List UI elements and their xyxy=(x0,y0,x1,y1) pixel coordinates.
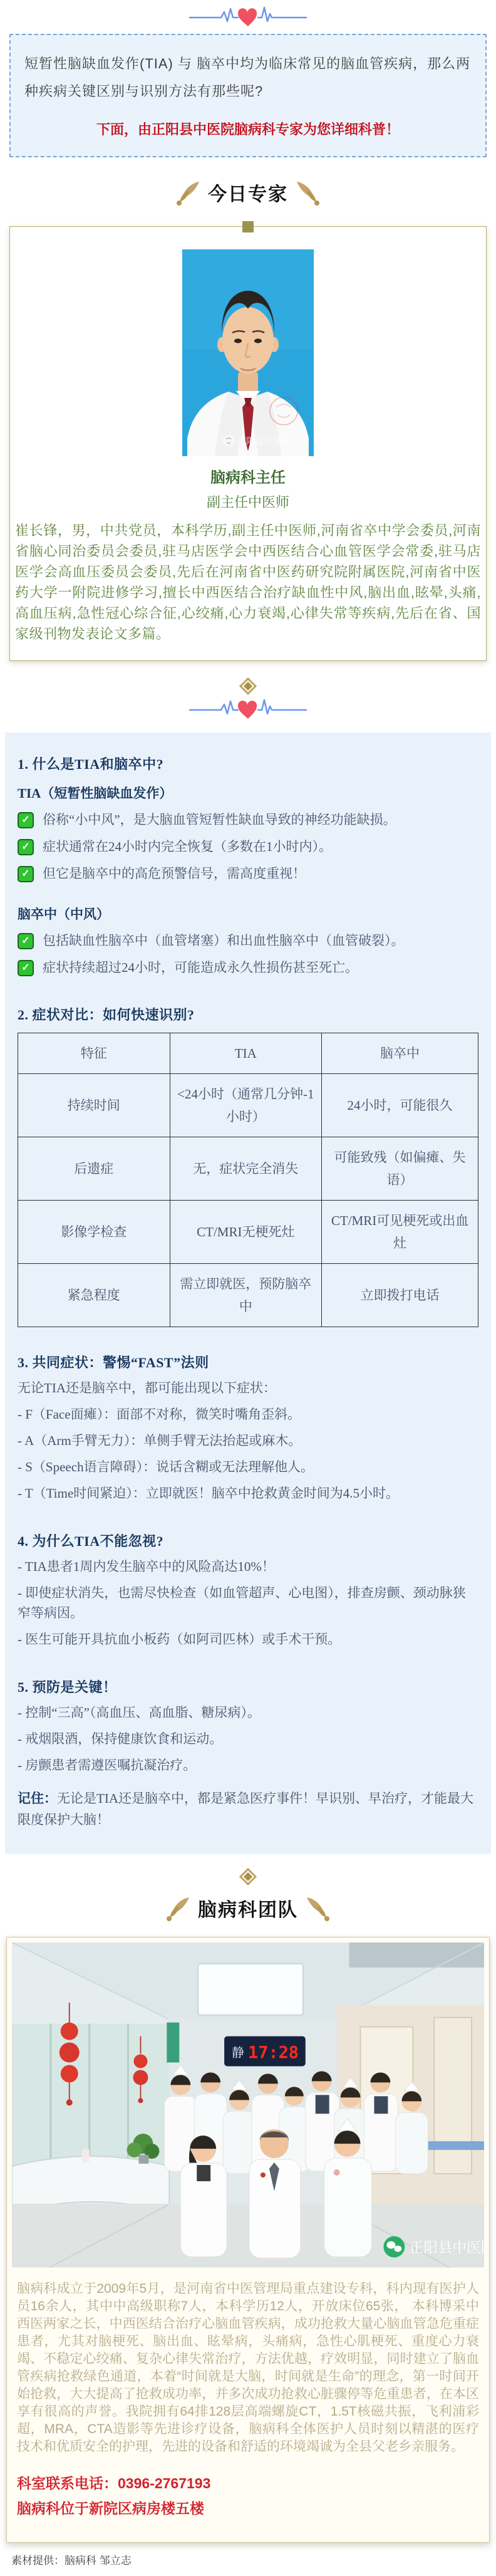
table-cell: 可能致残（如偏瘫、失语） xyxy=(322,1137,478,1201)
q4-item: - 医生可能开具抗血小板药（如阿司匹林）或手术干预。 xyxy=(18,1629,478,1649)
q3-intro: 无论TIA还是脑卒中，都可能出现以下症状： xyxy=(18,1378,478,1398)
table-row: 持续时间 <24小时（通常几分钟-1小时） 24小时，可能很久 xyxy=(18,1074,478,1137)
diamond-ornament xyxy=(0,680,496,692)
check-icon xyxy=(18,866,34,882)
fast-item: - F（Face面瘫）：面部不对称，微笑时嘴角歪斜。 xyxy=(18,1404,478,1424)
team-card: 静 17:28 xyxy=(6,1937,490,2543)
table-cell: 持续时间 xyxy=(18,1074,170,1137)
check-icon xyxy=(18,933,34,949)
table-cell: 影像学检查 xyxy=(18,1201,170,1264)
footer-credit: 素材提供：脑病科 邹立志 xyxy=(11,2552,496,2576)
q5-item: - 房颤患者需遵医嘱抗凝治疗。 xyxy=(18,1755,478,1775)
table-row: 后遗症 无，症状完全消失 可能致残（如偏瘫、失语） xyxy=(18,1137,478,1201)
q4-item: - TIA患者1周内发生脑卒中的风险高达10%！ xyxy=(18,1557,478,1577)
q5-heading: 5. 预防是关键！ xyxy=(18,1677,478,1696)
expert-photo-watermark: 正阳县中医院 xyxy=(237,436,290,446)
expert-card: 正阳县中医院 脑病科主任 副主任中医师 崔长锋，男，中共党员，本科学历,副主任中… xyxy=(9,226,487,661)
q1-stroke-subhead: 脑卒中（中风） xyxy=(18,904,478,923)
q2-heading: 2. 症状对比：如何快速识别? xyxy=(18,1004,478,1024)
diamond-ornament-2 xyxy=(0,1870,496,1883)
q1-heading: 1. 什么是TIA和脑卒中? xyxy=(18,754,478,773)
check-icon xyxy=(18,812,34,828)
table-header-cell: 脑卒中 xyxy=(322,1033,478,1074)
article-page: 短暂性脑缺血发作(TIA) 与 脑卒中均为临床常见的脑血管疾病，那么两种疾病关键… xyxy=(0,0,496,2576)
table-row: 影像学检查 CT/MRI无梗死灶 CT/MRI可见梗死或出血灶 xyxy=(18,1201,478,1264)
tia-point: 症状通常在24小时内完全恢复（多数在1小时内）。 xyxy=(43,837,332,856)
q3-heading: 3. 共同症状：警惕“FAST”法则 xyxy=(18,1352,478,1372)
list-item: 症状持续超过24小时，可能造成永久性损伤甚至死亡。 xyxy=(18,958,478,977)
fast-item: - A（Arm手臂无力）：单侧手臂无法抬起或麻木。 xyxy=(18,1431,478,1451)
fast-item: - T（Time时间紧迫）：立即就医！脑卒中抢救黄金时间为4.5小时。 xyxy=(18,1483,478,1503)
check-icon xyxy=(18,960,34,976)
gold-square-ornament xyxy=(242,221,254,232)
team-section-header: 脑病科团队 xyxy=(0,1894,496,1922)
q4-heading: 4. 为什么TIA不能忽视? xyxy=(18,1531,478,1550)
hospital-watermark-text: 正阳县中医院 xyxy=(409,2240,484,2256)
table-cell: 紧急程度 xyxy=(18,1264,170,1327)
expert-name: 脑病科主任 xyxy=(15,465,481,487)
clock-silence-label: 静 xyxy=(232,2046,244,2060)
gold-leaf-left-icon xyxy=(174,179,203,206)
qa-section: 1. 什么是TIA和脑卒中? TIA（短暂性脑缺血发作） 俗称“小中风”，是大脑… xyxy=(5,733,491,1854)
table-cell: 需立即就医，预防脑卒中 xyxy=(170,1264,322,1327)
fast-item: - S（Speech语言障碍）：说话含糊或无法理解他人。 xyxy=(18,1457,478,1477)
table-row: 紧急程度 需立即就医，预防脑卒中 立即拨打电话 xyxy=(18,1264,478,1327)
intro-cta-bold: 为您详细科普！ xyxy=(303,122,400,137)
reminder-note: 记住：无论是TIA还是脑卒中，都是紧急医疗事件！早识别、早治疗，才能最大限度保护… xyxy=(18,1788,478,1830)
expert-portrait-photo: 正阳县中医院 xyxy=(182,249,314,456)
table-header-row: 特征 TIA 脑卒中 xyxy=(18,1033,478,1074)
gold-leaf-left-icon xyxy=(164,1895,193,1921)
reminder-label: 记住： xyxy=(18,1791,57,1806)
team-group-photo: 静 17:28 xyxy=(12,1942,484,2268)
table-cell: 立即拨打电话 xyxy=(322,1264,478,1327)
expert-bio: 崔长锋，男，中共党员，本科学历,副主任中医师,河南省卒中学会委员,河南省脑心同治… xyxy=(15,520,481,644)
stroke-point: 症状持续超过24小时，可能造成永久性损伤甚至死亡。 xyxy=(43,958,358,977)
tia-point: 但它是脑卒中的高危预警信号，需高度重视！ xyxy=(43,864,306,883)
clock-time: 17:28 xyxy=(248,2043,299,2063)
list-item: 包括缺血性脑卒中（血管堵塞）和出血性脑卒中（血管破裂）。 xyxy=(18,931,478,950)
table-cell: CT/MRI无梗死灶 xyxy=(170,1201,322,1264)
ecg-heart-divider xyxy=(0,0,496,33)
expert-rank: 副主任中医师 xyxy=(15,492,481,511)
table-cell: <24小时（通常几分钟-1小时） xyxy=(170,1074,322,1137)
contact-location-line: 脑病科位于新院区病房楼五楼 xyxy=(17,2496,479,2521)
tia-point: 俗称“小中风”，是大脑血管短暂性缺血导致的神经功能缺损。 xyxy=(43,810,396,829)
intro-box: 短暂性脑缺血发作(TIA) 与 脑卒中均为临床常见的脑血管疾病，那么两种疾病关键… xyxy=(9,34,487,157)
ecg-heart-divider-2 xyxy=(0,692,496,725)
gold-leaf-right-icon xyxy=(293,179,322,206)
table-cell: CT/MRI可见梗死或出血灶 xyxy=(322,1201,478,1264)
ecg-heartbeat-icon xyxy=(189,697,307,722)
intro-cta-line: 下面，由正阳县中医院脑病科专家为您详细科普！ xyxy=(24,119,472,138)
table-cell: 后遗症 xyxy=(18,1137,170,1201)
team-contact: 科室联系电话：0396-2767193 脑病科位于新院区病房楼五楼 xyxy=(17,2471,479,2521)
contact-phone-line: 科室联系电话：0396-2767193 xyxy=(17,2471,479,2496)
reminder-text: 无论是TIA还是脑卒中，都是紧急医疗事件！早识别、早治疗，才能最大限度保护大脑！ xyxy=(18,1791,473,1827)
check-icon xyxy=(18,839,34,855)
team-description: 脑病科成立于2009年5月，是河南省中医管理局重点建设专科，科内现有医护人员16… xyxy=(17,2280,479,2456)
list-item: 症状通常在24小时内完全恢复（多数在1小时内）。 xyxy=(18,837,478,856)
staff-front-row xyxy=(180,2119,371,2258)
expert-section-title: 今日专家 xyxy=(208,179,288,206)
team-photo-watermark: 正阳县中医院 xyxy=(383,2236,484,2258)
q4-item: - 即使症状消失，也需尽快检查（如血管超声、心电图），排查房颤、颈动脉狭窄等病因… xyxy=(18,1583,478,1623)
intro-text: 短暂性脑缺血发作(TIA) 与 脑卒中均为临床常见的脑血管疾病，那么两种疾病关键… xyxy=(24,50,472,105)
intro-cta-prefix: 下面，由正阳县中医院脑病科专家 xyxy=(96,122,303,137)
gold-leaf-right-icon xyxy=(303,1895,332,1921)
comparison-table: 特征 TIA 脑卒中 持续时间 <24小时（通常几分钟-1小时） 24小时，可能… xyxy=(18,1033,478,1327)
q5-item: - 控制“三高”（高血压、高血脂、糖尿病）。 xyxy=(18,1703,478,1723)
table-cell: 24小时，可能很久 xyxy=(322,1074,478,1137)
diamond-icon xyxy=(239,1868,257,1885)
list-item: 俗称“小中风”，是大脑血管短暂性缺血导致的神经功能缺损。 xyxy=(18,810,478,829)
list-item: 但它是脑卒中的高危预警信号，需高度重视！ xyxy=(18,864,478,883)
ecg-heartbeat-icon xyxy=(189,5,307,30)
expert-section-header: 今日专家 xyxy=(0,179,496,206)
table-header-cell: 特征 xyxy=(18,1033,170,1074)
q1-tia-subhead: TIA（短暂性脑缺血发作） xyxy=(18,783,478,802)
team-section-title: 脑病科团队 xyxy=(198,1894,298,1922)
table-header-cell: TIA xyxy=(170,1033,322,1074)
table-cell: 无，症状完全消失 xyxy=(170,1137,322,1201)
q5-item: - 戒烟限酒，保持健康饮食和运动。 xyxy=(18,1729,478,1749)
stroke-point: 包括缺血性脑卒中（血管堵塞）和出血性脑卒中（血管破裂）。 xyxy=(43,931,405,950)
